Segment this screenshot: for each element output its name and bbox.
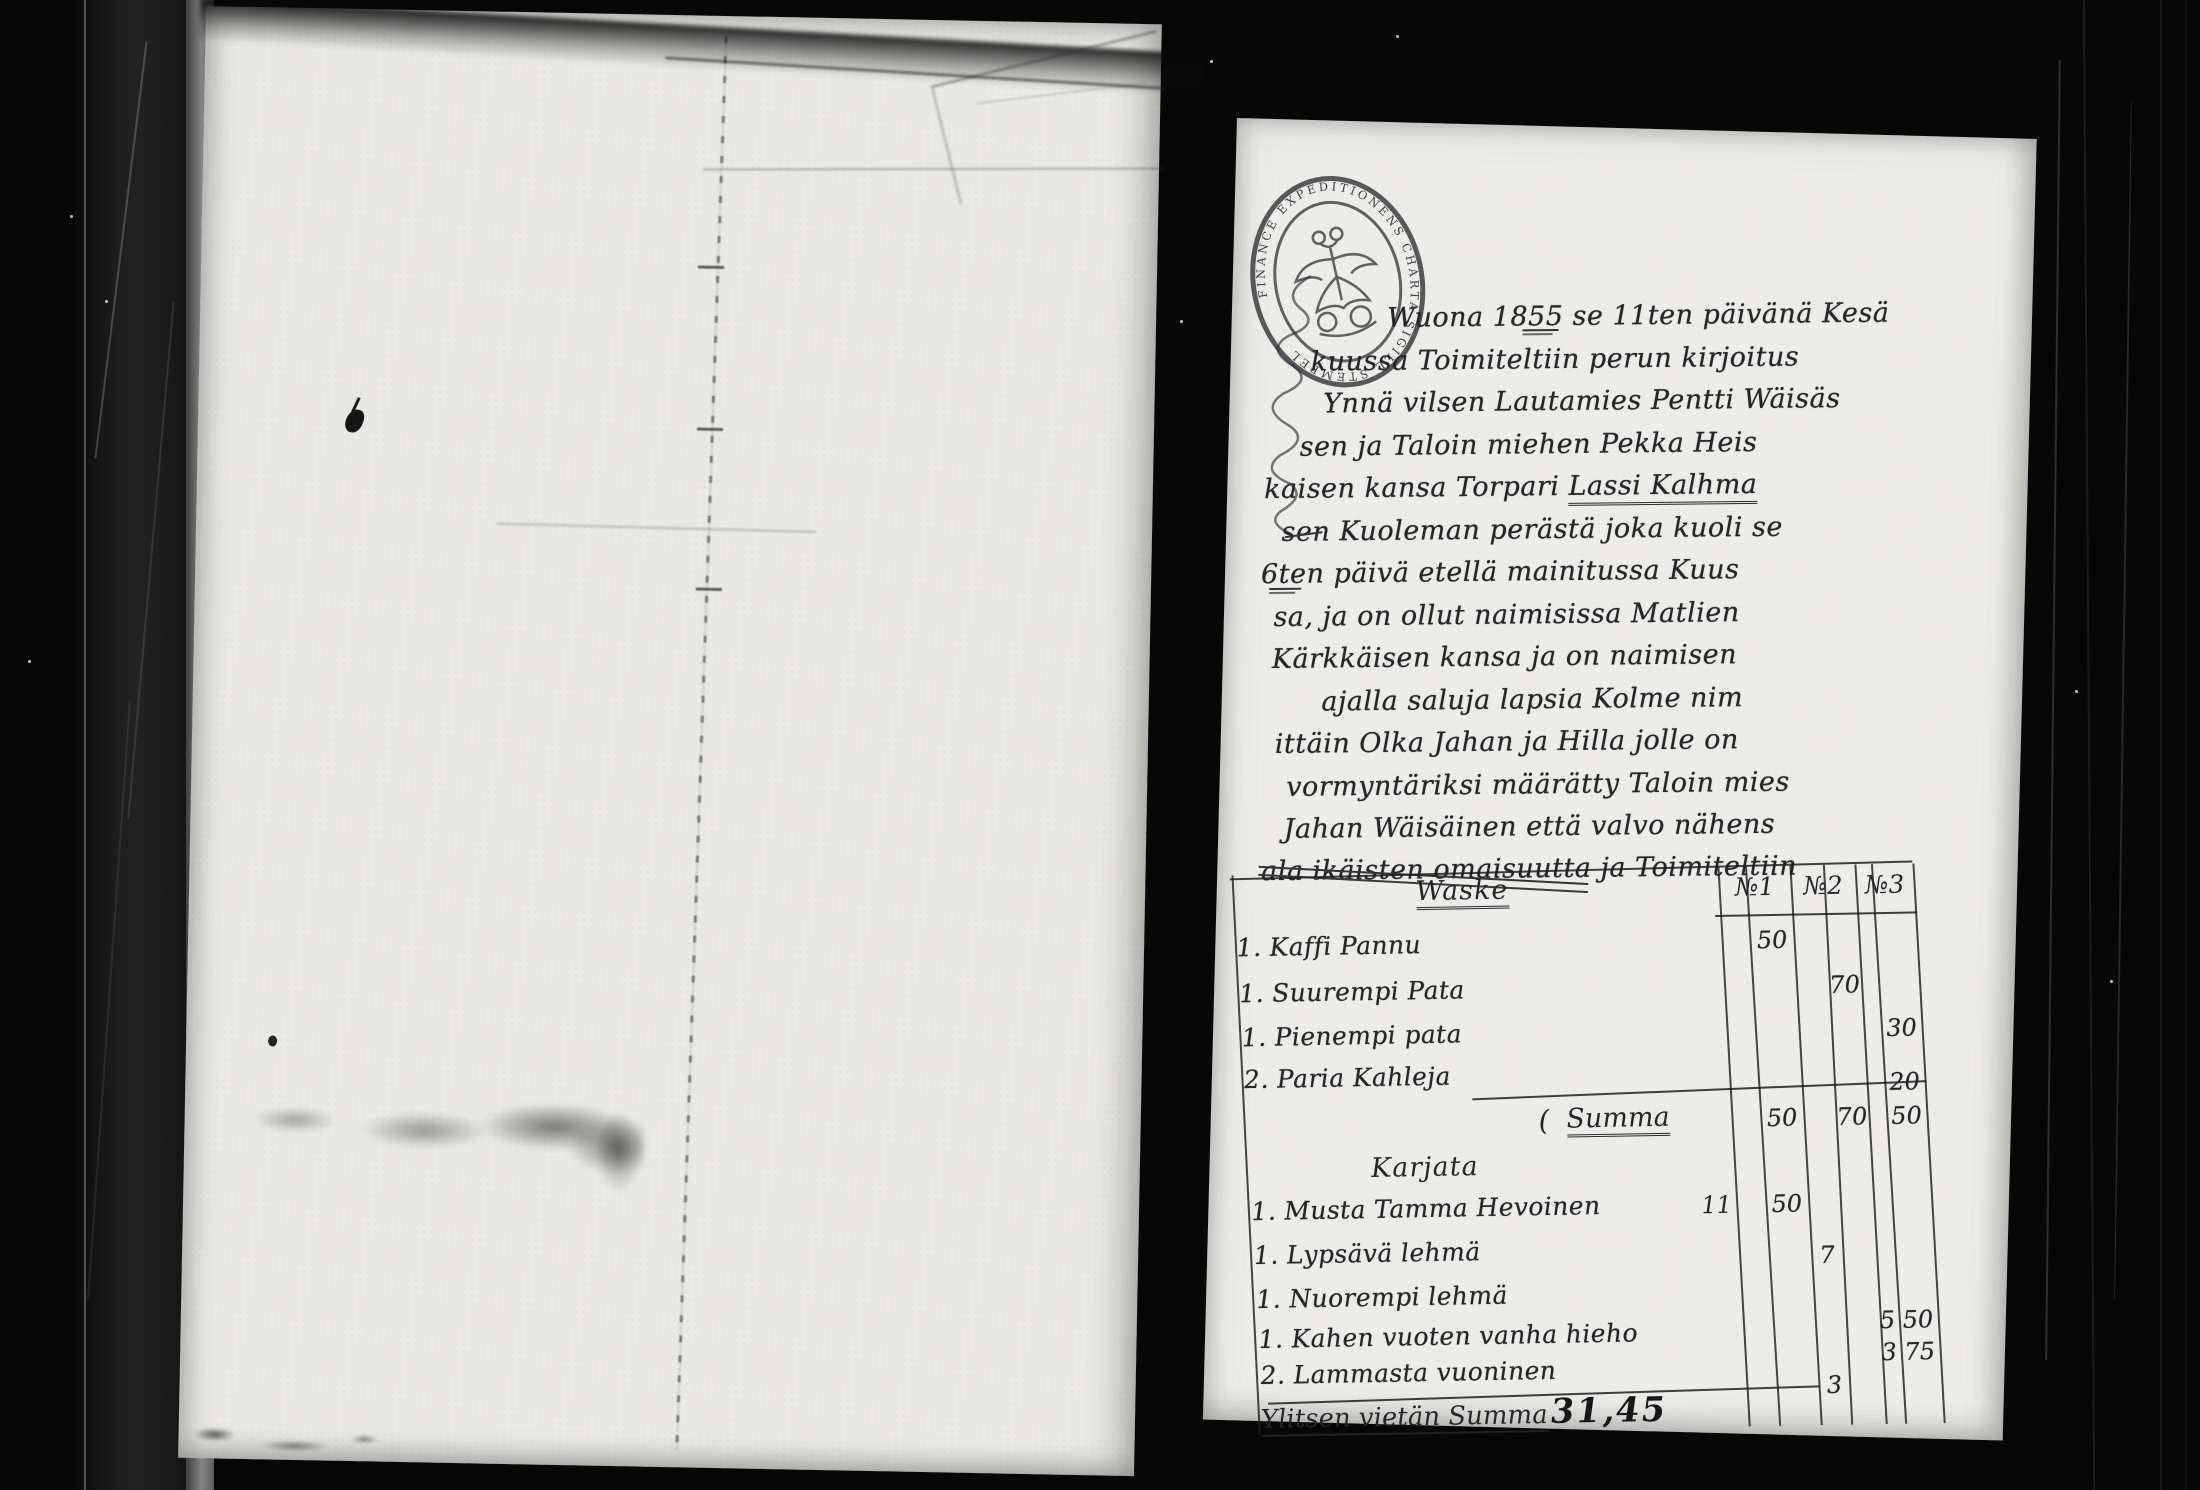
crease-stitch-mark — [697, 428, 723, 431]
value-outside-column: 11 — [1701, 1191, 1733, 1220]
value-cell: 5 — [1876, 1306, 1899, 1334]
manuscript-line: ittäin Olka Jahan ja Hilla jolle on — [1275, 724, 1739, 771]
value-cell: 50 — [1760, 1103, 1805, 1132]
value-cell: 50 — [1750, 926, 1795, 955]
left-blank-page — [178, 6, 1162, 1476]
value-cell: 75 — [1899, 1337, 1941, 1366]
line-text: sa, ja on ollut naimisissa Matlien — [1273, 597, 1740, 633]
pen-underline — [1523, 333, 1553, 335]
scanned-book-photo: FINANCE EXPEDITIONENS CHARTA SIGILL STEM… — [0, 0, 2200, 1490]
value-cell: 3 — [1878, 1338, 1901, 1366]
underlined-name: Lassi Kalhma — [1568, 469, 1757, 506]
film-scratch — [2083, 0, 2095, 1490]
pen-underline — [1269, 588, 1301, 590]
value-cell: 70 — [1827, 970, 1862, 999]
film-scratch — [2185, 0, 2187, 1490]
line-text: sen ja Taloin miehen Pekka Heis — [1300, 427, 1758, 463]
book-cover-edge — [76, 0, 188, 1490]
manuscript-line: sa, ja on ollut naimisissa Matlien — [1273, 597, 1740, 644]
dust-speck — [2075, 690, 2078, 693]
manuscript-line: kaisen kansa Torpari Lassi Kalhma — [1264, 469, 1758, 516]
manuscript-line: kuussa Toimiteltiin perun kirjoitus — [1311, 341, 1800, 388]
horizontal-crease — [496, 523, 816, 533]
vertical-fold-crease — [675, 36, 727, 1450]
item-label: 1. Suurempi Pata — [1238, 975, 1465, 1008]
column-header-3: №3 — [1855, 869, 1915, 899]
inventory-table: Waske №1 №2 №3 1. Kaffi Pannu 50 1. Suur… — [1225, 863, 1948, 1435]
value-cell: 50 — [1897, 1305, 1939, 1334]
column-header-2: №2 — [1790, 870, 1857, 900]
manuscript-line: Ynnä vilsen Lautamies Pentti Wäisäs — [1323, 383, 1841, 430]
line-text: kuussa Toimiteltiin perun kirjoitus — [1311, 341, 1800, 377]
line-text: ittäin Olka Jahan ja Hilla jolle on — [1275, 724, 1739, 760]
line-text: vormyntäriksi määrätty Taloin mies — [1286, 767, 1790, 803]
manuscript-line: Kärkkäisen kansa ja on naimisen — [1272, 639, 1738, 686]
line-text: 6ten päivä etellä mainitussa Kuus — [1261, 554, 1740, 590]
value-cell: 30 — [1881, 1013, 1923, 1042]
value-cell: 3 — [1818, 1371, 1852, 1400]
dust-speck — [2110, 980, 2113, 983]
crease-stitch-mark — [698, 265, 724, 268]
manuscript-line: 6ten päivä etellä mainitussa Kuus — [1261, 554, 1740, 601]
line-text: Jahan Wäisäinen että valvo nähens — [1284, 809, 1776, 845]
right-document-page: FINANCE EXPEDITIONENS CHARTA SIGILL STEM… — [1203, 118, 2037, 1440]
item-label: 1. Lypsävä lehmä — [1253, 1237, 1481, 1270]
column-header-1: №1 — [1718, 872, 1792, 902]
pen-underline — [1522, 329, 1558, 331]
line-text: kaisen kansa Torpari — [1264, 471, 1569, 505]
pen-underline — [1269, 592, 1295, 594]
crease-stitch-mark — [696, 588, 722, 591]
film-scratch — [2045, 60, 2061, 1360]
value-cell: 50 — [1765, 1189, 1810, 1218]
carry-sum-value: 31,45 — [1550, 1390, 1669, 1432]
item-label: 1. Kahen vuoten vanha hieho — [1258, 1318, 1639, 1354]
item-label: 2. Paria Kahleja — [1243, 1062, 1451, 1095]
dust-speck — [105, 300, 108, 303]
table-row: 1. Kaffi Pannu 50 — [1228, 921, 1922, 975]
stain-smudge — [578, 1091, 661, 1233]
film-scratch — [2160, 0, 2162, 1490]
bottom-corner-crumple — [174, 1386, 405, 1460]
manuscript-line: vormyntäriksi määrätty Taloin mies — [1286, 767, 1790, 814]
manuscript-paragraph: Wuona 1855 se 11ten päivänä Kesä kuussa … — [1220, 124, 2028, 892]
dust-speck — [1396, 35, 1399, 38]
dust-speck — [1180, 320, 1183, 323]
line-text: sen Kuoleman perästä joka kuoli se — [1281, 512, 1783, 548]
table-rule-header — [1715, 911, 1917, 917]
manuscript-line: ajalla saluja lapsia Kolme nim — [1321, 682, 1743, 728]
carry-sum-label: Ylitsen vietän Summa — [1260, 1400, 1548, 1437]
item-label: 1. Musta Tamma Hevoinen — [1251, 1191, 1602, 1226]
item-label: 1. Kaffi Pannu — [1236, 930, 1422, 962]
dust-speck — [70, 215, 73, 218]
dust-speck — [1210, 60, 1213, 63]
manuscript-line: Jahan Wäisäinen että valvo nähens — [1284, 809, 1776, 856]
summa-row: 50 70 50 — [1238, 1099, 1932, 1153]
line-text: ajalla saluja lapsia Kolme nim — [1321, 682, 1743, 717]
manuscript-line: Wuona 1855 se 11ten päivänä Kesä — [1387, 298, 1889, 345]
film-scratch — [2114, 100, 2133, 1300]
manuscript-line: sen ja Taloin miehen Pekka Heis — [1300, 427, 1758, 474]
value-cell: 50 — [1886, 1101, 1928, 1130]
ink-speck — [268, 1035, 277, 1046]
value-cell: 20 — [1884, 1067, 1926, 1096]
line-text: Wuona 1855 se 11ten päivänä Kesä — [1387, 298, 1889, 334]
section-header-copper: Waske — [1415, 875, 1510, 911]
dust-speck — [28, 660, 31, 663]
section-header-livestock: Karjata — [1370, 1151, 1479, 1184]
manuscript-line: sen Kuoleman perästä joka kuoli se — [1281, 512, 1783, 559]
item-label: 1. Pienempi pata — [1241, 1019, 1463, 1052]
line-text: Kärkkäisen kansa ja on naimisen — [1272, 639, 1737, 675]
cover-edge-highlight — [84, 0, 86, 1490]
line-text: Ynnä vilsen Lautamies Pentti Wäisäs — [1323, 383, 1841, 419]
value-cell: 7 — [1810, 1241, 1844, 1270]
item-label: 1. Nuorempi lehmä — [1255, 1281, 1508, 1314]
value-cell: 70 — [1835, 1102, 1870, 1131]
